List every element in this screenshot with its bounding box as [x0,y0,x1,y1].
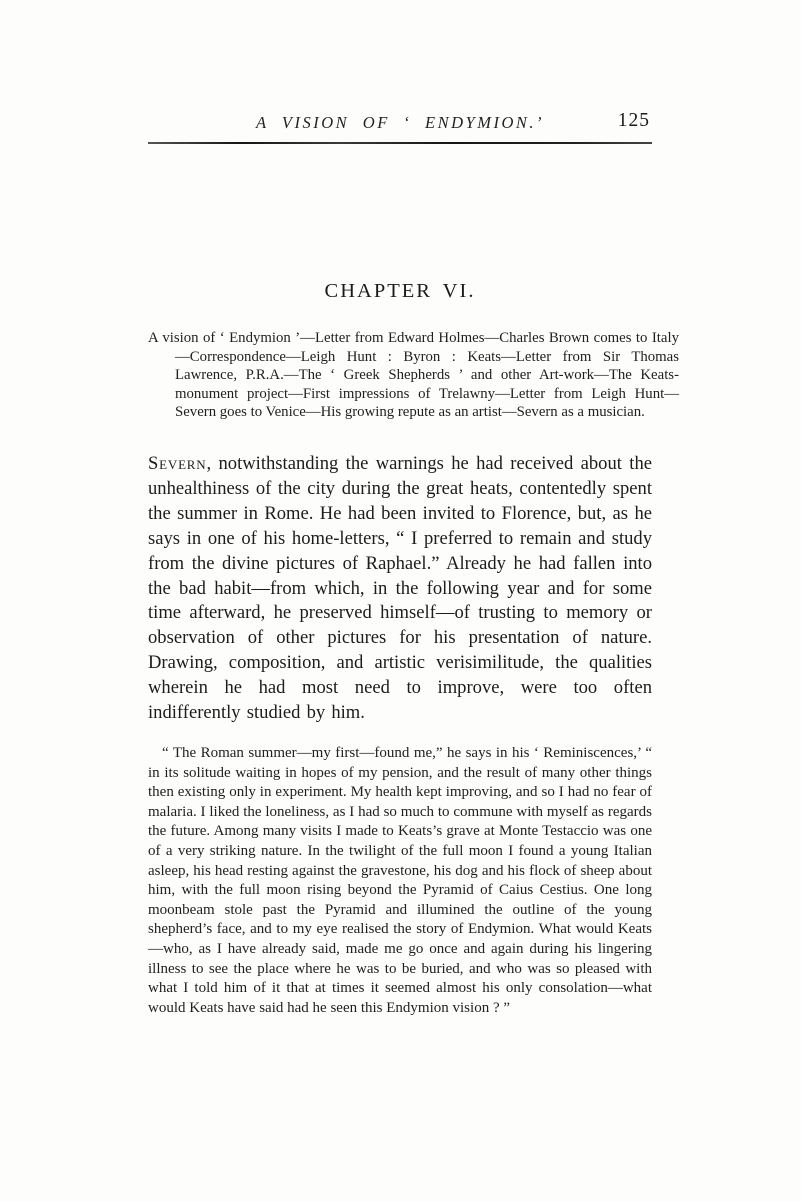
lead-word: Severn [148,453,206,474]
page-header: A VISION OF ‘ ENDYMION.’ 125 [148,113,652,137]
header-rule [148,142,652,144]
chapter-heading: CHAPTER VI. [148,280,652,303]
body-paragraph-text: , notwithstanding the warnings he had re… [148,453,652,723]
chapter-synopsis: A vision of ‘ Endymion ’—Letter from Edw… [148,329,679,422]
running-title: A VISION OF ‘ ENDYMION.’ [148,113,652,133]
quoted-reminiscence-paragraph: “ The Roman summer—my first—found me,” h… [148,744,652,1018]
body-paragraph: Severn, notwithstanding the warnings he … [148,452,652,726]
page-number: 125 [618,110,650,132]
book-page: A VISION OF ‘ ENDYMION.’ 125 CHAPTER VI.… [0,0,801,1201]
